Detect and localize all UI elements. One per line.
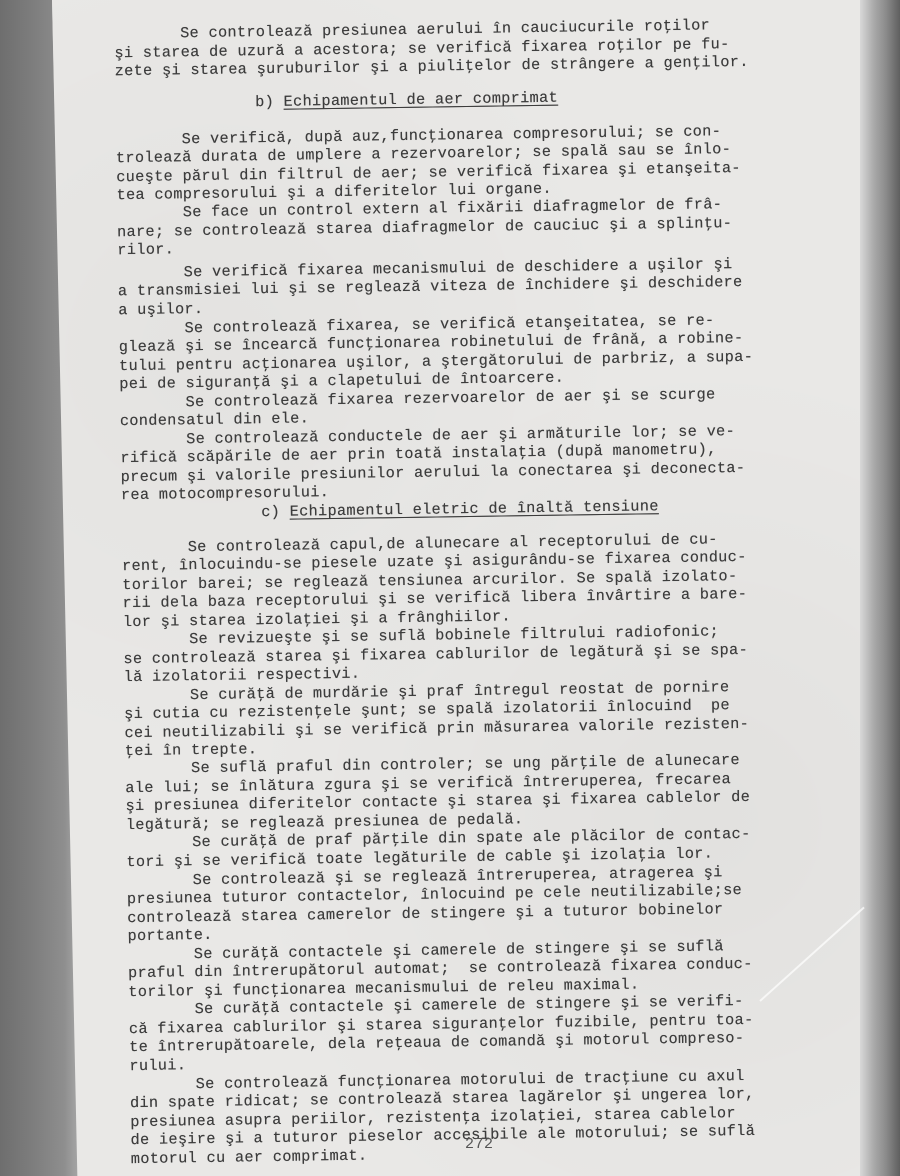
paragraph-line: a uşilor. [118,300,203,319]
paragraph-line: motorul cu aer comprimat. [131,1147,368,1169]
paragraph-line: ţei în trepte. [125,740,258,760]
page-number: 272 [465,1136,494,1153]
section-heading: b) Echipamentul de aer comprimat [255,89,558,111]
paragraph-line: lă izolatorii respectivi. [124,665,361,687]
paragraph-line: portante. [127,926,212,945]
section-heading-title: Echipamentul eletric de înaltă tensiune [290,497,659,520]
section-heading-title: Echipamentul de aer comprimat [283,89,558,111]
typewritten-text-body: Se controlează presiunea aerului în cauc… [0,0,900,1176]
paragraph-line: condensatul din ele. [120,409,310,430]
paragraph-line: rului. [129,1056,186,1075]
section-heading-marker: c) [261,503,290,521]
section-heading-marker: b) [255,93,284,111]
paragraph-line: rea motocompresorului. [121,483,329,504]
paragraph-line: rilor. [117,240,174,259]
